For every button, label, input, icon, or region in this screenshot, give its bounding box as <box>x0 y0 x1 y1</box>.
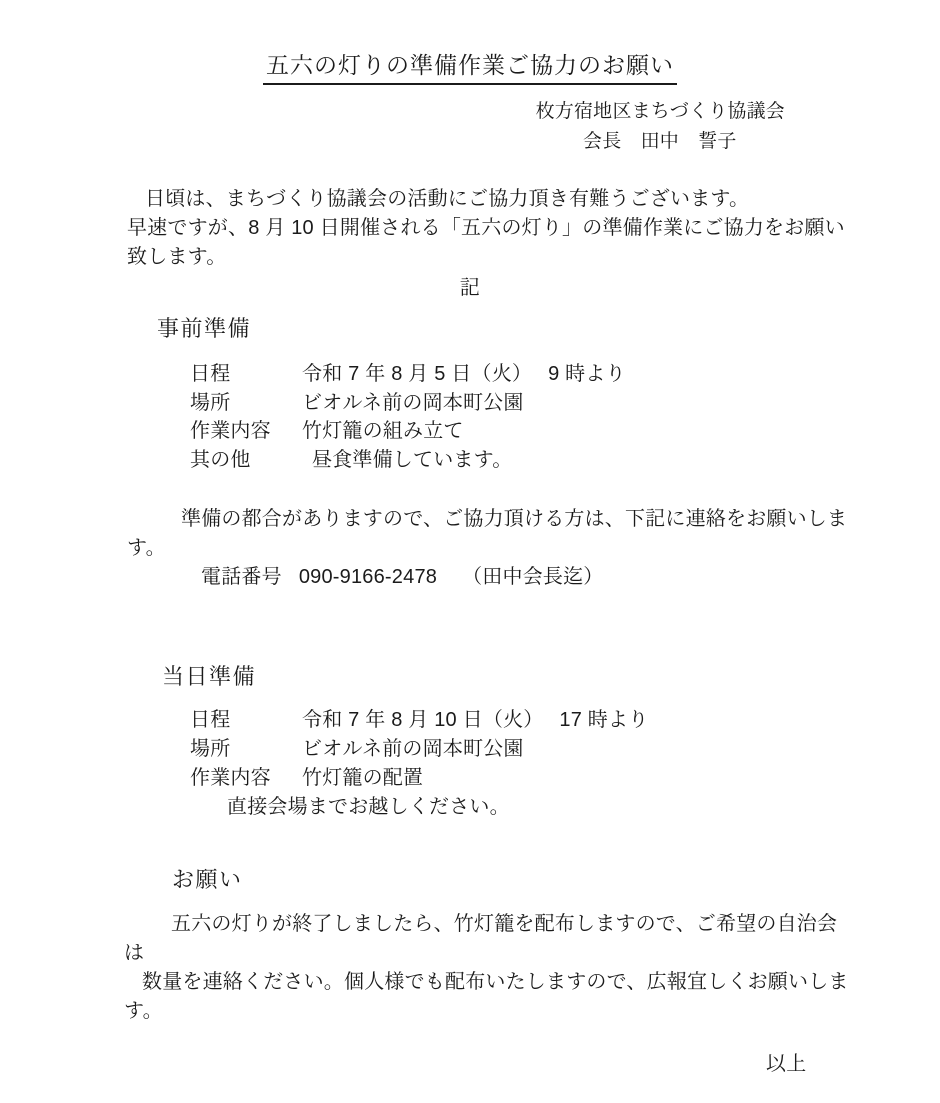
title-wrapper: 五六の灯りの準備作業ご協力のお願い <box>0 51 940 85</box>
row-label: 作業内容 <box>190 766 302 791</box>
advance-prep-row-other: 其の他昼食準備しています。 <box>190 448 512 473</box>
document-title: 五六の灯りの準備作業ご協力のお願い <box>263 51 677 85</box>
contact-line-2: す。 <box>127 536 166 561</box>
row-value: 竹灯籠の組み立て <box>302 420 464 442</box>
day-prep-note: 直接会場までお越しください。 <box>227 795 510 820</box>
closing-mark: 以上 <box>766 1052 806 1077</box>
phone-label: 電話番号 <box>201 566 282 588</box>
row-value: 令和 7 年 8 月 5 日（火） 9 時より <box>302 363 626 385</box>
day-prep-row-schedule: 日程令和 7 年 8 月 10 日（火） 17 時より <box>190 708 648 733</box>
row-value: 昼食準備しています。 <box>302 449 512 471</box>
row-label: 場所 <box>190 391 302 416</box>
contact-line-1: 準備の都合がありますので、ご協力頂ける方は、下記に連絡をお願いしま <box>181 507 847 532</box>
row-value: ビオルネ前の岡本町公園 <box>302 392 524 414</box>
day-prep-row-place: 場所ビオルネ前の岡本町公園 <box>190 737 524 762</box>
section-heading-day-prep: 当日準備 <box>162 663 256 691</box>
request-line-4: す。 <box>124 999 163 1024</box>
section-heading-request: お願い <box>172 866 243 894</box>
request-line-2: は <box>124 941 144 966</box>
advance-prep-row-place: 場所ビオルネ前の岡本町公園 <box>190 391 524 416</box>
phone-number: 090-9166-2478 <box>299 566 437 588</box>
document-page: 五六の灯りの準備作業ご協力のお願い 枚方宿地区まちづくり協議会 会長 田中 誓子… <box>0 0 940 1103</box>
advance-prep-row-work: 作業内容竹灯籠の組み立て <box>190 419 464 444</box>
section-heading-advance-prep: 事前準備 <box>157 315 251 343</box>
greeting-line-1: 日頃は、まちづくり協議会の活動にご協力頂き有難うございます。 <box>145 187 749 212</box>
record-marker: 記 <box>0 276 940 301</box>
greeting-line-2: 早速ですが、8 月 10 日開催される「五六の灯り」の準備作業にご協力をお願い <box>127 216 845 241</box>
row-label: 其の他 <box>190 448 302 473</box>
row-label: 日程 <box>190 708 302 733</box>
sender-organization: 枚方宿地区まちづくり協議会 <box>536 100 785 124</box>
sender-representative: 会長 田中 誓子 <box>583 130 737 154</box>
phone-line: 電話番号090-9166-2478（田中会長迄） <box>201 565 604 590</box>
advance-prep-row-schedule: 日程令和 7 年 8 月 5 日（火） 9 時より <box>190 362 626 387</box>
row-value: ビオルネ前の岡本町公園 <box>302 738 524 760</box>
row-label: 場所 <box>190 737 302 762</box>
request-line-1: 五六の灯りが終了しましたら、竹灯籠を配布しますので、ご希望の自治会 <box>171 912 837 937</box>
row-label: 日程 <box>190 362 302 387</box>
phone-note: （田中会長迄） <box>462 566 603 588</box>
day-prep-row-work: 作業内容竹灯籠の配置 <box>190 766 423 791</box>
row-value: 竹灯籠の配置 <box>302 767 423 789</box>
request-line-3: 数量を連絡ください。個人様でも配布いたしますので、広報宜しくお願いしま <box>142 970 849 995</box>
row-value: 令和 7 年 8 月 10 日（火） 17 時より <box>302 709 648 731</box>
greeting-line-3: 致します。 <box>127 245 226 270</box>
row-label: 作業内容 <box>190 419 302 444</box>
